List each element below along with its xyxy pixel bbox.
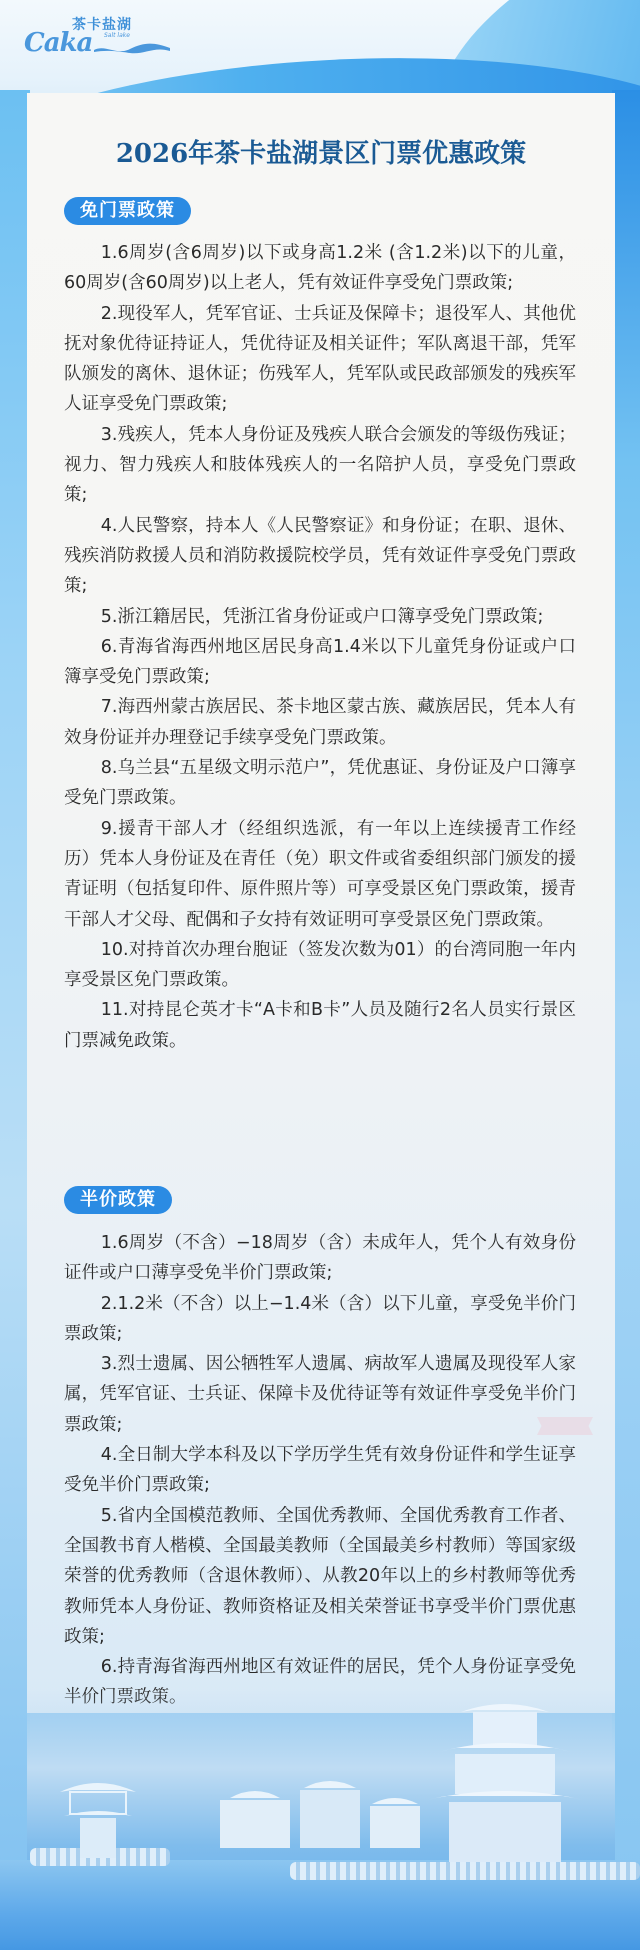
policy-item: 3.烈士遗属、因公牺牲军人遗属、病故军人遗属及现役军人家属，凭军官证、士兵证、保… — [64, 1349, 576, 1440]
logo-english-text: Caka — [24, 28, 92, 58]
policy-item: 11.对持昆仑英才卡“A卡和B卡”人员及随行2名人员实行景区门票减免政策。 — [64, 995, 576, 1056]
policy-item: 5.省内全国模范教师、全国优秀教师、全国优秀教育工作者、全国教书育人楷模、全国最… — [64, 1501, 576, 1652]
left-border-background — [0, 90, 30, 1950]
wave-icon — [92, 40, 172, 56]
half-price-policy-list: 1.6周岁（不含）−18周岁（含）未成年人，凭个人有效身份证件或户口薄享受免半价… — [64, 1228, 576, 1713]
section-badge-free-ticket: 免门票政策 — [64, 197, 191, 225]
page-title: 2026年茶卡盐湖景区门票优惠政策 — [27, 133, 615, 170]
free-ticket-policy-list: 1.6周岁(含6周岁)以下或身高1.2米 (含1.2米)以下的儿童，60周岁(含… — [64, 238, 576, 1056]
pavilion-icon — [58, 1770, 138, 1860]
policy-item: 2.现役军人，凭军官证、士兵证及保障卡；退役军人、其他优抚对象优待证持证人，凭优… — [64, 299, 576, 420]
policy-item: 2.1.2米（不含）以上−1.4米（含）以下儿童，享受免半价门票政策; — [64, 1289, 576, 1350]
policy-item: 4.全日制大学本科及以下学历学生凭有效身份证件和学生证享受免半价门票政策; — [64, 1440, 576, 1501]
caka-logo: 茶卡盐湖 Caka Salt lake — [24, 14, 154, 58]
buildings-icon — [220, 1770, 420, 1850]
policy-item: 7.海西州蒙古族居民、茶卡地区蒙古族、藏族居民，凭本人有效身份证并办理登记手续享… — [64, 692, 576, 753]
pagoda-icon — [425, 1700, 585, 1870]
policy-card: 2026年茶卡盐湖景区门票优惠政策 免门票政策 1.6周岁(含6周岁)以下或身高… — [27, 93, 615, 1713]
policy-item: 3.残疾人，凭本人身份证及残疾人联合会颁发的等级伤残证；视力、智力残疾人和肢体残… — [64, 420, 576, 511]
policy-item: 10.对持首次办理台胞证（签发次数为01）的台湾同胞一年内享受景区免门票政策。 — [64, 935, 576, 996]
policy-item: 4.人民警察，持本人《人民警察证》和身份证；在职、退休、残疾消防救援人员和消防救… — [64, 511, 576, 602]
policy-item: 8.乌兰县“五星级文明示范户”，凭优惠证、身份证及户口簿享受免门票政策。 — [64, 753, 576, 814]
policy-item: 6.青海省海西州地区居民身高1.4米以下儿童凭身份证或户口簿享受免门票政策; — [64, 632, 576, 693]
policy-item: 1.6周岁(含6周岁)以下或身高1.2米 (含1.2米)以下的儿童，60周岁(含… — [64, 238, 576, 299]
decorative-banner — [537, 1417, 593, 1435]
right-border-background — [612, 90, 640, 1950]
policy-item: 9.援青干部人才（经组织选派，有一年以上连续援青工作经历）凭本人身份证及在青任（… — [64, 814, 576, 935]
logo-subtitle: Salt lake — [104, 32, 130, 39]
policy-item: 1.6周岁（不含）−18周岁（含）未成年人，凭个人有效身份证件或户口薄享受免半价… — [64, 1228, 576, 1289]
policy-item: 5.浙江籍居民，凭浙江省身份证或户口簿享受免门票政策; — [64, 602, 576, 632]
section-badge-half-price: 半价政策 — [64, 1186, 172, 1214]
